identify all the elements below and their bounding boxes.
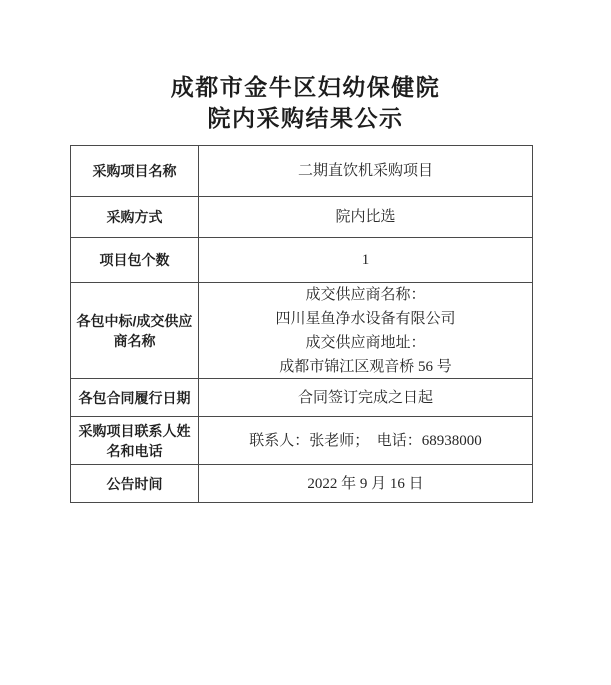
row-value: 成交供应商名称： 四川星鱼净水设备有限公司 成交供应商地址： 成都市锦江区观音桥…	[199, 283, 532, 378]
table-row-procurement-method: 采购方式 院内比选	[71, 197, 532, 238]
table-row-announcement-date: 公告时间 2022 年 9 月 16 日	[71, 465, 532, 502]
table-row-winning-supplier: 各包中标/成交供应商名称 成交供应商名称： 四川星鱼净水设备有限公司 成交供应商…	[71, 283, 532, 379]
row-value: 1	[199, 238, 532, 282]
document-page: 成都市金牛区妇幼保健院 院内采购结果公示 采购项目名称 二期直饮机采购项目 采购…	[0, 0, 611, 685]
supplier-address: 成都市锦江区观音桥 56 号	[279, 355, 452, 379]
table-row-project-name: 采购项目名称 二期直饮机采购项目	[71, 146, 532, 197]
table-row-contract-date: 各包合同履行日期 合同签订完成之日起	[71, 379, 532, 417]
row-label: 采购方式	[71, 197, 199, 237]
document-title: 成都市金牛区妇幼保健院 院内采购结果公示	[40, 72, 571, 134]
row-label: 各包合同履行日期	[71, 379, 199, 416]
table-row-package-count: 项目包个数 1	[71, 238, 532, 283]
row-value: 合同签订完成之日起	[199, 379, 532, 416]
row-label: 各包中标/成交供应商名称	[71, 283, 199, 378]
row-value: 院内比选	[199, 197, 532, 237]
supplier-name: 四川星鱼净水设备有限公司	[275, 307, 455, 331]
row-label: 采购项目联系人姓名和电话	[71, 417, 199, 464]
document-title-line1: 成都市金牛区妇幼保健院	[40, 72, 571, 103]
row-value: 2022 年 9 月 16 日	[199, 465, 532, 502]
row-label: 项目包个数	[71, 238, 199, 282]
row-label: 公告时间	[71, 465, 199, 502]
row-value: 二期直饮机采购项目	[199, 146, 532, 196]
document-title-line2: 院内采购结果公示	[40, 103, 571, 134]
supplier-address-caption: 成交供应商地址：	[305, 331, 425, 355]
row-value: 联系人：张老师； 电话：68938000	[199, 417, 532, 464]
procurement-result-table: 采购项目名称 二期直饮机采购项目 采购方式 院内比选 项目包个数 1 各包中标/…	[70, 145, 533, 503]
supplier-name-caption: 成交供应商名称：	[305, 283, 425, 307]
row-label: 采购项目名称	[71, 146, 199, 196]
table-row-contact-info: 采购项目联系人姓名和电话 联系人：张老师； 电话：68938000	[71, 417, 532, 465]
